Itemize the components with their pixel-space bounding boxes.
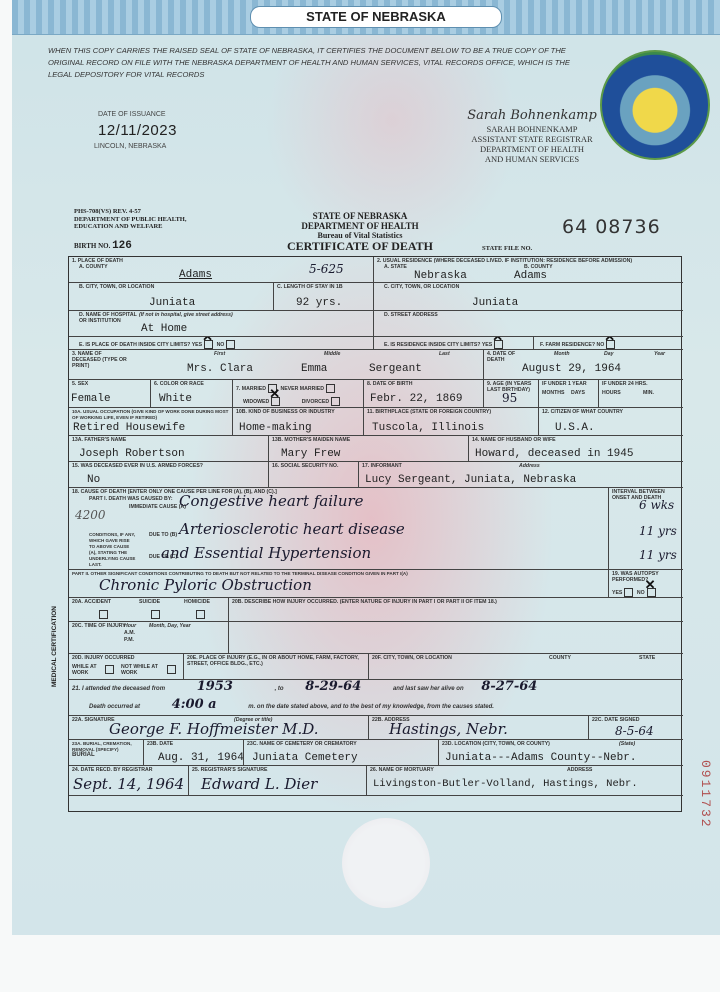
death-time-label: Death occurred at [89, 704, 140, 710]
pod-code: 5-625 [309, 262, 344, 276]
cemetery-label: 23c. NAME OF CEMETERY OR CREMATORY [247, 741, 357, 747]
birth-no: BIRTH NO. 126 [74, 240, 132, 252]
pod-inside-city: e. IS PLACE OF DEATH INSIDE CITY LIMITS?… [69, 337, 374, 350]
spouse-value: Howard, deceased in 1945 [475, 448, 633, 460]
date-received-label: 24. DATE RECD. BY REGISTRAR [72, 767, 153, 773]
am-label: a.m. [124, 630, 135, 636]
middle-label: Middle [324, 351, 340, 357]
dob-label: 8. DATE OF BIRTH [367, 381, 412, 387]
mother-label: 13b. MOTHER'S MAIDEN NAME [272, 437, 350, 443]
burial-value: Burial [72, 752, 95, 758]
farm-residence: f. FARM RESIDENCE? NO [534, 337, 683, 350]
due-b-label: DUE TO (b) [149, 532, 177, 538]
deceased-name: 3. NAME OF DECEASED (Type or print) Firs… [69, 350, 484, 380]
last-label: Last [439, 351, 450, 357]
res-inside-city-label: e. IS RESIDENCE INSIDE CITY LIMITS? YES [384, 340, 505, 349]
year-label: Year [654, 351, 665, 357]
sex: 5. SEX Female [69, 380, 151, 408]
days-label: Days [571, 390, 585, 396]
armed-forces: 15. WAS DECEASED EVER IN U.S. ARMED FORC… [69, 462, 269, 488]
suicide-checkbox[interactable] [151, 610, 160, 619]
date-of-death: 4. DATE OF DEATH Month Day Year August 2… [484, 350, 683, 380]
birthplace-label: 11. BIRTHPLACE (State or foreign country… [367, 409, 491, 415]
interval-b: 11 yrs [639, 524, 677, 538]
place-of-death-county: 1. PLACE OF DEATH a. COUNTY Adams 5-625 [69, 257, 374, 283]
homicide-checkbox[interactable] [196, 610, 205, 619]
race-label: 6. COLOR OR RACE [154, 381, 204, 387]
date-signed-label: 22c. DATE SIGNED [592, 717, 639, 723]
form-title-dept: DEPARTMENT OF HEALTH [260, 221, 460, 231]
cause-code: 4200 [75, 508, 106, 522]
form-grid: MEDICAL CERTIFICATION 1. PLACE OF DEATH … [68, 256, 682, 812]
first-name: Mrs. Clara [187, 363, 253, 375]
form-id: PHS-708(VS) REV. 4-57 [74, 208, 186, 216]
certificate-sheet: STATE OF NEBRASKA When this copy carries… [12, 0, 720, 935]
registrar-sig-label: 25. REGISTRAR'S SIGNATURE [192, 767, 268, 773]
issuance-date: 12/11/2023 [98, 122, 177, 139]
divorced-label: DIVORCED [302, 399, 329, 405]
occupation-value: Retired Housewife [73, 422, 185, 434]
injury-occurred: 20d. INJURY OCCURRED WHILE AT WORK NOT W… [69, 654, 184, 680]
header-banner: STATE OF NEBRASKA [12, 0, 720, 35]
armed-label: 15. WAS DECEASED EVER IN U.S. ARMED FORC… [72, 463, 203, 469]
issuance-label: DATE OF ISSUANCE [98, 111, 166, 118]
not-work-checkbox[interactable] [167, 665, 176, 674]
date-received-value: Sept. 14, 1964 [73, 775, 184, 793]
form-dept-line-1: DEPARTMENT OF PUBLIC HEALTH, [74, 216, 186, 224]
father-label: 13a. FATHER'S NAME [72, 437, 126, 443]
place-of-death-city: b. CITY, TOWN, OR LOCATION Juniata [69, 283, 274, 311]
not-work-label: NOT WHILE AT WORK [121, 664, 161, 676]
attended-to-label: , to [275, 686, 284, 692]
father-name: 13a. FATHER'S NAME Joseph Robertson [69, 436, 269, 462]
birth-no-label: BIRTH NO. [74, 242, 110, 250]
pod-yes-checkbox[interactable] [204, 340, 213, 349]
res-state-label: a. STATE [384, 264, 407, 270]
last-name: Sergeant [369, 363, 422, 375]
cause-c: and Essential Hypertension [161, 544, 371, 562]
injury-county-label: COUNTY [549, 655, 571, 661]
min-label: Min. [643, 390, 654, 396]
date-signed: 22c. DATE SIGNED 8-5-64 [589, 716, 683, 740]
form-title-state: STATE OF NEBRASKA [260, 211, 460, 221]
physician-signature-value: George F. Hoffmeister M.D. [109, 720, 318, 738]
mortuary-address-label: ADDRESS [567, 767, 592, 773]
res-yes-label: YES [482, 342, 492, 348]
birthplace: 11. BIRTHPLACE (State or foreign country… [364, 408, 539, 436]
pod-city-value: Juniata [149, 297, 195, 309]
marital-row-2: WIDOWED DIVORCED [243, 397, 342, 406]
residence-city: c. CITY, TOWN, OR LOCATION Juniata [374, 283, 683, 311]
spouse-label: 14. NAME OF HUSBAND OR WIFE [472, 437, 556, 443]
res-city-value: Juniata [472, 297, 518, 309]
divorced-checkbox[interactable] [331, 397, 340, 406]
physician-signature: 22a. SIGNATURE (Degree or title) George … [69, 716, 369, 740]
last-seen-label: and last saw her alive on [393, 686, 464, 692]
registrar-sig-value: Edward L. Dier [201, 775, 317, 793]
attended-to: 8-29-64 [305, 680, 361, 694]
res-city-label: c. CITY, TOWN, OR LOCATION [384, 284, 459, 290]
race: 6. COLOR OR RACE White [151, 380, 233, 408]
married-label: MARRIED [242, 386, 266, 392]
death-time-statement: m. on the date stated above, and to the … [248, 704, 494, 710]
pod-no-label: NO [217, 342, 225, 348]
date-received: 24. DATE RECD. BY REGISTRAR Sept. 14, 19… [69, 766, 189, 796]
informant-value: Lucy Sergeant, Juniata, Nebraska [365, 474, 576, 486]
months-label: Months [542, 390, 564, 396]
hospital-note: (If not in hospital, give street address… [139, 312, 233, 318]
marital-status: 7. MARRIED NEVER MARRIED WIDOWED DIVORCE… [233, 380, 364, 408]
citizenship: 12. CITIZEN OF WHAT COUNTRY U.S.A. [539, 408, 683, 436]
injury-occurred-label: 20d. INJURY OCCURRED [72, 655, 135, 661]
age-value: 95 [502, 391, 517, 405]
mother-value: Mary Frew [281, 448, 340, 460]
form-header-left: PHS-708(VS) REV. 4-57 DEPARTMENT OF PUBL… [74, 208, 186, 231]
first-label: First [214, 351, 225, 357]
farm-text: f. FARM RESIDENCE? [540, 342, 595, 348]
burial-state-label: (State) [619, 741, 635, 747]
raised-seal-emboss [342, 818, 430, 908]
residence-state-county: 2. USUAL RESIDENCE (Where deceased lived… [374, 257, 683, 283]
banner-title: STATE OF NEBRASKA [250, 6, 502, 28]
attendance-statement: 21. I attended the deceased from 1953 , … [69, 680, 683, 716]
physician-address: 22b. ADDRESS Hastings, Nebr. [369, 716, 589, 740]
res-county-value: Adams [514, 270, 547, 282]
autopsy-yes-checkbox[interactable] [624, 588, 633, 597]
time-of-injury-blank [229, 622, 683, 654]
medical-certification-side-label: MEDICAL CERTIFICATION [49, 507, 69, 707]
registrar-title: ASSISTANT STATE REGISTRAR [442, 134, 622, 144]
at-work-label: WHILE AT WORK [72, 664, 102, 676]
widowed-checkbox[interactable] [271, 397, 280, 406]
marital-row-1: 7. MARRIED NEVER MARRIED [236, 384, 337, 393]
age: 9. AGE (In years last birthday) 95 [484, 380, 539, 408]
hours-label: Hours [602, 390, 621, 396]
last-seen: 8-27-64 [481, 680, 537, 694]
pod-inside-city-label: e. IS PLACE OF DEATH INSIDE CITY LIMITS?… [79, 340, 237, 349]
widowed-label: WIDOWED [243, 399, 269, 405]
farm-residence-label: f. FARM RESIDENCE? NO [540, 340, 617, 349]
interval-a: 6 wks [639, 498, 674, 512]
part-2-conditions: PART II. OTHER SIGNIFICANT CONDITIONS CO… [69, 570, 609, 598]
onset-interval: INTERVAL BETWEEN ONSET AND DEATH 6 wks 1… [609, 488, 683, 570]
res-label: 2. USUAL RESIDENCE (Where deceased lived… [377, 258, 632, 264]
occupation: 10a. USUAL OCCUPATION (Give kind of work… [69, 408, 233, 436]
death-date: August 29, 1964 [522, 363, 621, 375]
hospital-institution: d. NAME OF HOSPITAL OR INSTITUTION (If n… [69, 311, 374, 337]
marital-label: 7. [236, 386, 240, 392]
death-time: 4:00 a [172, 697, 217, 712]
cause-a: Congestive heart failure [179, 492, 364, 510]
spouse-name: 14. NAME OF HUSBAND OR WIFE Howard, dece… [469, 436, 683, 462]
informant-address-label: Address [519, 463, 540, 469]
suicide-label: SUICIDE [139, 599, 160, 605]
middle-name: Emma [301, 363, 327, 375]
at-work-checkbox[interactable] [105, 665, 114, 674]
physician-address-value: Hastings, Nebr. [389, 720, 508, 738]
hospital-label: d. NAME OF HOSPITAL OR INSTITUTION [79, 312, 139, 324]
part1-label: PART I. DEATH WAS CAUSED BY: [89, 496, 173, 502]
time-of-injury: 20c. TIME OF INJURY Hour Month, Day, Yea… [69, 622, 229, 654]
dob-value: Febr. 22, 1869 [370, 393, 462, 405]
registrar-dept-2: AND HUMAN SERVICES [442, 154, 622, 164]
injury-description: 20b. DESCRIBE HOW INJURY OCCURRED. (Ente… [229, 598, 683, 622]
res-street-label: d. STREET ADDRESS [384, 312, 438, 318]
accident-checkbox[interactable] [99, 610, 108, 619]
autopsy-options: YES NO [612, 588, 658, 597]
cemetery: 23c. NAME OF CEMETERY OR CREMATORY Junia… [244, 740, 439, 766]
armed-value: No [87, 474, 100, 486]
autopsy: 19. WAS AUTOPSY PERFORMED? YES NO [609, 570, 683, 598]
mortuary-value: Livingston-Butler-Volland, Hastings, Neb… [373, 778, 638, 790]
length-of-stay: c. LENGTH OF STAY IN 1b 92 yrs. [274, 283, 374, 311]
mother-maiden-name: 13b. MOTHER'S MAIDEN NAME Mary Frew [269, 436, 469, 462]
describe-label: 20b. DESCRIBE HOW INJURY OCCURRED. (Ente… [232, 599, 497, 605]
never-married-checkbox[interactable] [326, 384, 335, 393]
birth-no-value: 126 [112, 240, 132, 252]
citizen-label: 12. CITIZEN OF WHAT COUNTRY [542, 409, 623, 415]
burial-type: 23a. BURIAL, CREMATION, REMOVAL (Specify… [69, 740, 144, 766]
farm-no-checkbox[interactable] [606, 340, 615, 349]
burial-date-value: Aug. 31, 1964 [158, 752, 244, 764]
part2-value: Chronic Pyloric Obstruction [99, 576, 312, 594]
injury-location: 20f. CITY, TOWN, OR LOCATION COUNTY STAT… [369, 654, 683, 680]
mortuary-label: 26. NAME OF MORTUARY [370, 767, 434, 773]
residence-street: d. STREET ADDRESS [374, 311, 683, 337]
month-label: Month [554, 351, 570, 357]
pod-county-value: Adams [179, 269, 212, 281]
day-label: Day [604, 351, 614, 357]
burial-location-value: Juniata---Adams County--Nebr. [445, 752, 636, 764]
age-under-24: IF UNDER 24 HRS. Hours Min. [599, 380, 683, 408]
place-of-injury: 20e. PLACE OF INJURY (e.g., in or about … [184, 654, 369, 680]
death-date-label: 4. DATE OF DEATH [487, 351, 522, 363]
serial-number: 0911732 [693, 760, 713, 829]
date-of-birth: 8. DATE OF BIRTH Febr. 22, 1869 [364, 380, 484, 408]
social-security: 16. SOCIAL SECURITY NO. [269, 462, 359, 488]
attendance-line-2: Death occurred at 4:00 a m. on the date … [89, 702, 494, 710]
attended-from: 1953 [197, 680, 233, 694]
sex-value: Female [71, 393, 111, 405]
injury-type: 20a. ACCIDENT SUICIDE HOMICIDE [69, 598, 229, 622]
ssn-label: 16. SOCIAL SECURITY NO. [272, 463, 338, 469]
citizen-value: U.S.A. [555, 422, 595, 434]
name-label: 3. NAME OF DECEASED (Type or print) [72, 351, 127, 369]
state-file-number: 64 08736 [562, 216, 661, 238]
burial-location: 23d. LOCATION (City, town, or county) (S… [439, 740, 683, 766]
interval-c: 11 yrs [639, 548, 677, 562]
business-value: Home-making [239, 422, 312, 434]
injury-city-label: 20f. CITY, TOWN, OR LOCATION [372, 655, 452, 661]
business-label: 10b. KIND OF BUSINESS OR INDUSTRY [236, 409, 335, 415]
registrar-signature-block: Sarah Bohnenkamp SARAH BOHNENKAMP ASSIST… [442, 108, 622, 164]
conditions-label: Conditions, if any, which gave rise to a… [89, 532, 137, 568]
res-yes-checkbox[interactable] [494, 340, 503, 349]
cause-b: Arteriosclerotic heart disease [179, 520, 405, 538]
registrar-signature-cell: 25. REGISTRAR'S SIGNATURE Edward L. Dier [189, 766, 367, 796]
never-married-label: NEVER MARRIED [280, 386, 324, 392]
pm-label: p.m. [124, 637, 134, 643]
registrar-name: SARAH BOHNENKAMP [442, 124, 622, 134]
mortuary: 26. NAME OF MORTUARY ADDRESS Livingston-… [367, 766, 683, 796]
place-of-injury-label: 20e. PLACE OF INJURY (e.g., in or about … [187, 655, 367, 667]
hour-label: Hour [124, 623, 136, 629]
stay-label: c. LENGTH OF STAY IN 1b [277, 284, 343, 290]
under1-label: IF UNDER 1 YEAR [542, 381, 587, 387]
pod-yes-label: YES [192, 342, 202, 348]
immediate-label: IMMEDIATE CAUSE (a) [129, 504, 186, 510]
mdy-label: Month, Day, Year [149, 623, 191, 629]
state-file-label: STATE FILE NO. [482, 245, 532, 252]
registrar-signature: Sarah Bohnenkamp [442, 108, 622, 124]
cause-of-death: 18. CAUSE OF DEATH [Enter only one cause… [69, 488, 609, 570]
certification-note: When this copy carries the raised seal o… [48, 45, 588, 81]
cemetery-value: Juniata Cemetery [252, 752, 358, 764]
age-under-1: IF UNDER 1 YEAR Months Days [539, 380, 599, 408]
burial-date: 23b. DATE Aug. 31, 1964 [144, 740, 244, 766]
stay-value: 92 yrs. [296, 297, 342, 309]
side-label-text: MEDICAL CERTIFICATION [51, 606, 58, 687]
pod-county-label: a. COUNTY [79, 264, 108, 270]
registrar-dept-1: DEPARTMENT OF HEALTH [442, 144, 622, 154]
burial-location-label: 23d. LOCATION (City, town, or county) [442, 741, 550, 747]
form-title-certificate: CERTIFICATE OF DEATH [260, 241, 460, 251]
res-inside-city-text: e. IS RESIDENCE INSIDE CITY LIMITS? [384, 342, 480, 348]
autopsy-no-checkbox[interactable] [647, 588, 656, 597]
pod-city-label: b. CITY, TOWN, OR LOCATION [79, 284, 154, 290]
business: 10b. KIND OF BUSINESS OR INDUSTRY Home-m… [233, 408, 364, 436]
birthplace-value: Tuscola, Illinois [372, 422, 484, 434]
attendance-line-1: 21. I attended the deceased from 1953 , … [72, 684, 537, 692]
occupation-label: 10a. USUAL OCCUPATION (Give kind of work… [72, 409, 232, 421]
attended-from-label: 21. I attended the deceased from [72, 686, 165, 692]
pod-no-checkbox[interactable] [226, 340, 235, 349]
res-inside-city: e. IS RESIDENCE INSIDE CITY LIMITS? YES [374, 337, 534, 350]
informant: 17. INFORMANT Address Lucy Sergeant, Jun… [359, 462, 683, 488]
death-certificate-form: PHS-708(VS) REV. 4-57 DEPARTMENT OF PUBL… [64, 208, 686, 813]
accident-label: 20a. ACCIDENT [72, 599, 111, 605]
father-value: Joseph Robertson [79, 448, 185, 460]
hospital-value: At Home [141, 323, 187, 335]
issuance-place: LINCOLN, NEBRASKA [94, 143, 166, 150]
informant-label: 17. INFORMANT [362, 463, 402, 469]
burial-date-label: 23b. DATE [147, 741, 173, 747]
form-title-block: STATE OF NEBRASKA DEPARTMENT OF HEALTH B… [260, 211, 460, 251]
farm-no-label: NO [597, 342, 605, 348]
under24-label: IF UNDER 24 HRS. [602, 381, 648, 387]
form-dept-line-2: EDUCATION AND WELFARE [74, 223, 186, 231]
time-of-injury-label: 20c. TIME OF INJURY [72, 623, 126, 629]
res-state-value: Nebraska [414, 270, 467, 282]
race-value: White [159, 393, 192, 405]
homicide-label: HOMICIDE [184, 599, 210, 605]
pod-inside-city-text: e. IS PLACE OF DEATH INSIDE CITY LIMITS? [79, 342, 190, 348]
date-signed-value: 8-5-64 [615, 724, 654, 738]
injury-state-label: STATE [639, 655, 655, 661]
sex-label: 5. SEX [72, 381, 88, 387]
